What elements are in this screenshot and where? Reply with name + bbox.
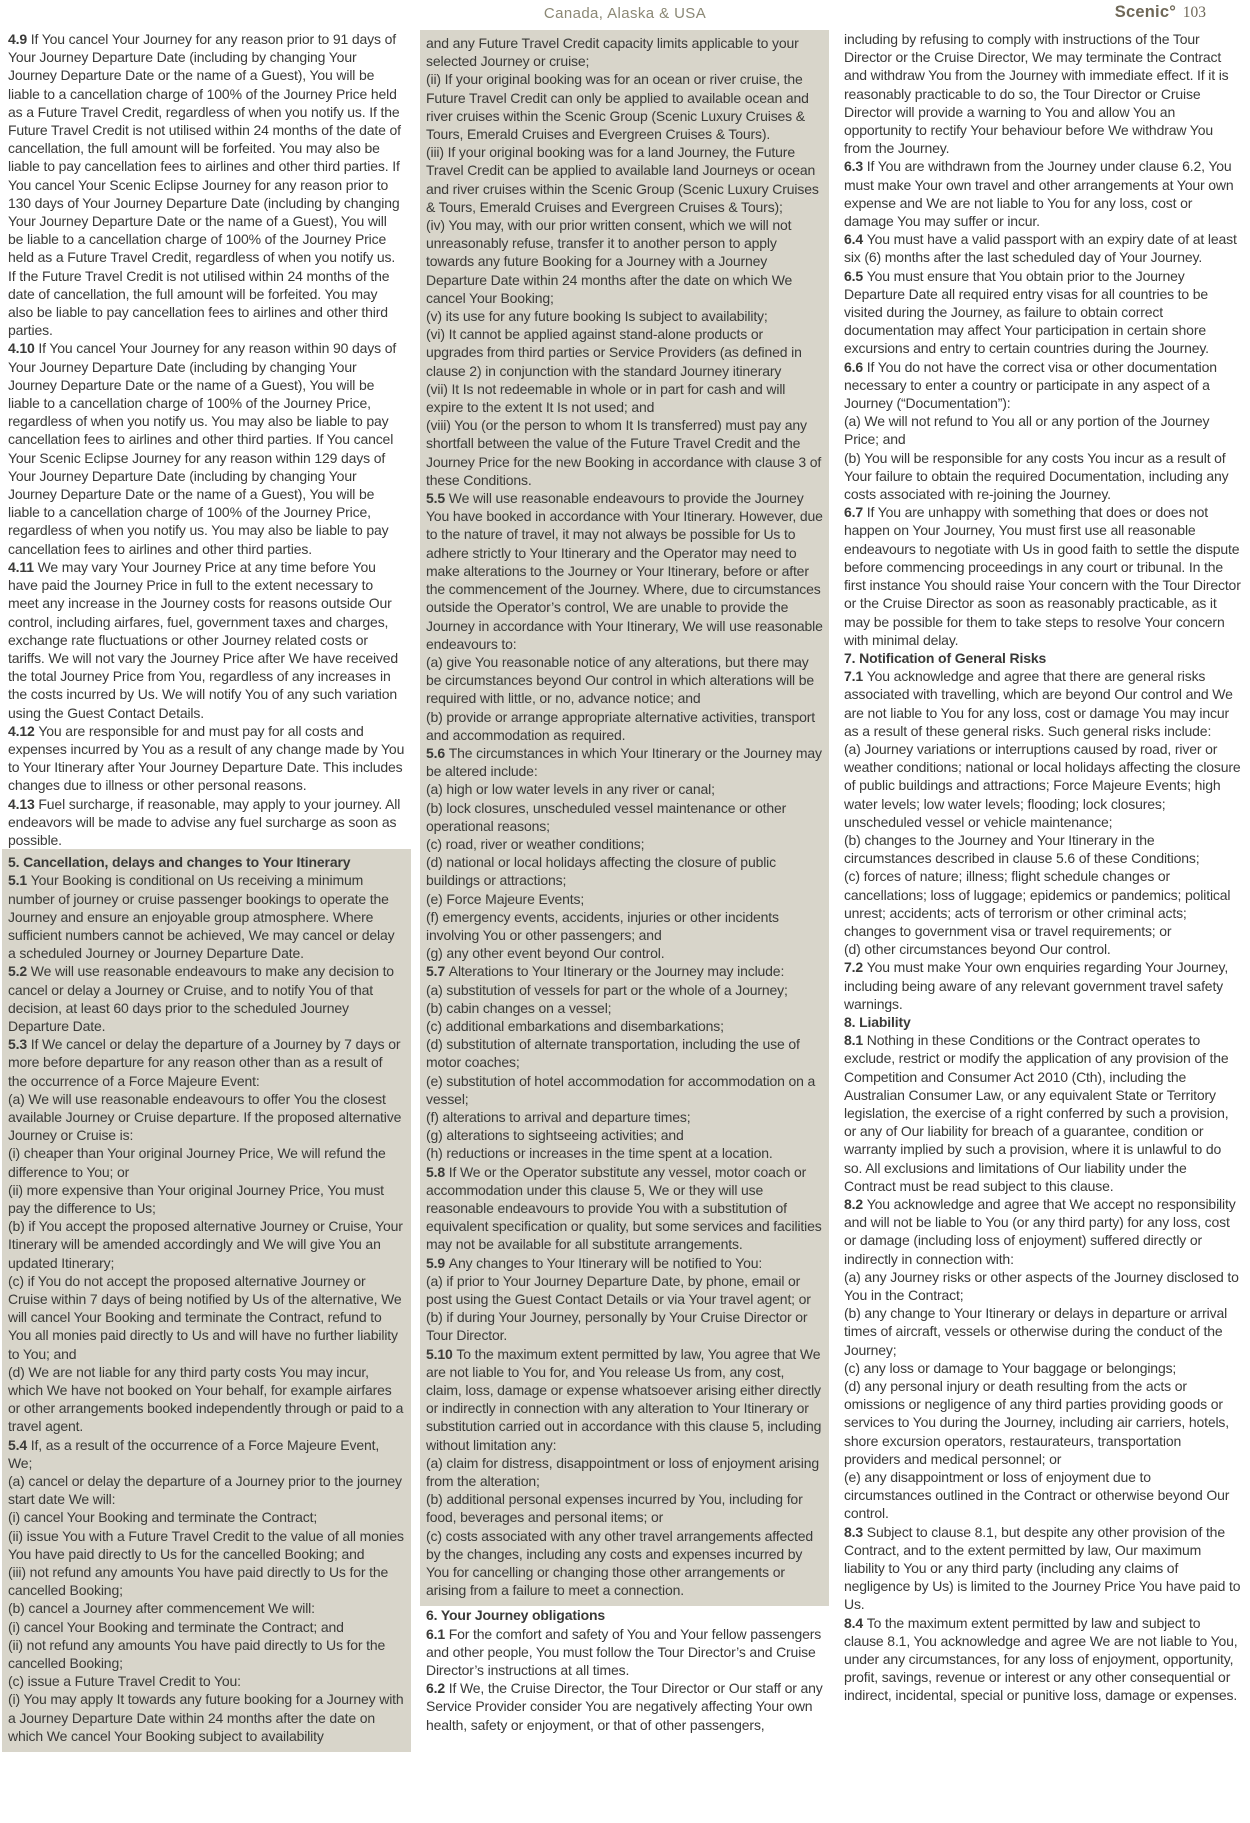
clause-paragraph: 8.3 Subject to clause 8.1, but despite a… [844,1523,1241,1614]
column-middle: and any Future Travel Credit capacity li… [426,30,823,1752]
section-heading: 6. Your Journey obligations [426,1606,823,1624]
clause-paragraph: 5.1 Your Booking is conditional on Us re… [8,871,405,962]
clause-paragraph: 6.7 If You are unhappy with something th… [844,503,1241,649]
clause-paragraph: (vi) It cannot be applied against stand-… [426,325,823,380]
clause-paragraph: 6.2 If We, the Cruise Director, the Tour… [426,1679,823,1734]
clause-paragraph: (vii) It Is not redeemable in whole or i… [426,380,823,416]
clause-number: 6.3 [844,158,867,174]
clause-paragraph: (a) We will use reasonable endeavours to… [8,1090,405,1145]
text-section: including by refusing to comply with ins… [844,30,1241,1705]
clause-number: 5.9 [426,1255,449,1271]
clause-paragraph: (a) substitution of vessels for part or … [426,981,823,999]
clause-number: 6.5 [844,268,867,284]
clause-paragraph: (a) claim for distress, disappointment o… [426,1454,823,1490]
clause-paragraph: (e) substitution of hotel accommodation … [426,1072,823,1108]
highlighted-section: 5. Cancellation, delays and changes to Y… [2,849,411,1752]
clause-paragraph: 5.7 Alterations to Your Itinerary or the… [426,962,823,980]
clause-paragraph: (c) additional embarkations and disembar… [426,1017,823,1035]
clause-number: 5.6 [426,745,449,761]
column-right: including by refusing to comply with ins… [844,30,1241,1752]
clause-number: 8.2 [844,1196,867,1212]
clause-paragraph: (i) You may apply It towards any future … [8,1690,405,1745]
clause-paragraph: 7.1 You acknowledge and agree that there… [844,667,1241,740]
clause-number: 4.11 [8,559,38,575]
clause-paragraph: (a) We will not refund to You all or any… [844,412,1241,448]
page-number: 103 [1183,4,1206,22]
clause-number: 5.5 [426,490,449,506]
clause-paragraph: (a) any Journey risks or other aspects o… [844,1268,1241,1304]
clause-number: 5.2 [8,963,31,979]
clause-paragraph: 6.1 For the comfort and safety of You an… [426,1625,823,1680]
clause-paragraph: 7.2 You must make Your own enquiries reg… [844,958,1241,1013]
clause-number: 5.7 [426,963,449,979]
clause-number: 4.9 [8,31,31,47]
clause-number: 8.1 [844,1032,867,1048]
text-section: 4.9 If You cancel Your Journey for any r… [8,30,405,849]
clause-paragraph: (g) alterations to sightseeing activitie… [426,1126,823,1144]
clause-paragraph: (d) any personal injury or death resulti… [844,1377,1241,1468]
clause-paragraph: 5.5 We will use reasonable endeavours to… [426,489,823,653]
clause-paragraph: (c) road, river or weather conditions; [426,835,823,853]
clause-paragraph: (ii) more expensive than Your original J… [8,1181,405,1217]
clause-paragraph: (a) cancel or delay the departure of a J… [8,1472,405,1508]
clause-number: 5.4 [8,1437,31,1453]
clause-paragraph: (ii) If your original booking was for an… [426,70,823,143]
clause-paragraph: 8.2 You acknowledge and agree that We ac… [844,1195,1241,1268]
clause-paragraph: (e) any disappointment or loss of enjoym… [844,1468,1241,1523]
clause-paragraph: (d) We are not liable for any third part… [8,1363,405,1436]
clause-paragraph: (d) national or local holidays affecting… [426,853,823,889]
column-left: 4.9 If You cancel Your Journey for any r… [8,30,405,1752]
clause-number: 7.2 [844,959,867,975]
clause-paragraph: (iv) You may, with our prior written con… [426,216,823,307]
clause-number: 6.7 [844,504,867,520]
clause-paragraph: 4.10 If You cancel Your Journey for any … [8,339,405,557]
section-heading: 8. Liability [844,1013,1241,1031]
clause-paragraph: 5.4 If, as a result of the occurrence of… [8,1436,405,1472]
clause-paragraph: (g) any other event beyond Our control. [426,944,823,962]
clause-paragraph: (b) changes to the Journey and Your Itin… [844,831,1241,867]
clause-paragraph: 5.6 The circumstances in which Your Itin… [426,744,823,780]
clause-number: 7.1 [844,668,867,684]
section-heading: 7. Notification of General Risks [844,649,1241,667]
clause-paragraph: (b) provide or arrange appropriate alter… [426,708,823,744]
highlighted-section: and any Future Travel Credit capacity li… [420,30,829,1606]
section-heading: 5. Cancellation, delays and changes to Y… [8,853,405,871]
page-header-title: Canada, Alaska & USA [0,5,1250,22]
clause-paragraph: 6.6 If You do not have the correct visa … [844,358,1241,413]
clause-paragraph: (c) costs associated with any other trav… [426,1527,823,1600]
clause-paragraph: (e) Force Majeure Events; [426,890,823,908]
clause-paragraph: (c) forces of nature; illness; flight sc… [844,867,1241,940]
clause-paragraph: (d) other circumstances beyond Our contr… [844,940,1241,958]
clause-paragraph: (c) issue a Future Travel Credit to You: [8,1672,405,1690]
clause-number: 8.4 [844,1615,867,1631]
clause-paragraph: (b) cancel a Journey after commencement … [8,1599,405,1617]
page: Canada, Alaska & USA Scenic° 103 4.9 If … [0,0,1250,1823]
clause-paragraph: 8.4 To the maximum extent permitted by l… [844,1614,1241,1705]
clause-paragraph: (b) if You accept the proposed alternati… [8,1217,405,1272]
clause-paragraph: (b) You will be responsible for any cost… [844,449,1241,504]
clause-number: 6.6 [844,359,867,375]
clause-paragraph: 5.9 Any changes to Your Itinerary will b… [426,1254,823,1272]
terms-columns: 4.9 If You cancel Your Journey for any r… [8,30,1241,1752]
clause-paragraph: 5.3 If We cancel or delay the departure … [8,1035,405,1090]
clause-paragraph: (i) cancel Your Booking and terminate th… [8,1618,405,1636]
clause-paragraph: (viii) You (or the person to whom It Is … [426,416,823,489]
clause-number: 6.4 [844,231,867,247]
clause-paragraph: (v) its use for any future booking Is su… [426,307,823,325]
clause-paragraph: (d) substitution of alternate transporta… [426,1035,823,1071]
scenic-logo: Scenic° [1115,3,1176,22]
clause-paragraph: (a) Journey variations or interruptions … [844,740,1241,831]
clause-paragraph: (i) cancel Your Booking and terminate th… [8,1508,405,1526]
clause-paragraph: 5.2 We will use reasonable endeavours to… [8,962,405,1035]
clause-paragraph: (iii) not refund any amounts You have pa… [8,1563,405,1599]
clause-paragraph: (f) alterations to arrival and departure… [426,1108,823,1126]
clause-paragraph: (h) reductions or increases in the time … [426,1144,823,1162]
clause-paragraph: (iii) If your original booking was for a… [426,143,823,216]
text-section: 6. Your Journey obligations6.1 For the c… [426,1606,823,1733]
clause-number: 8.3 [844,1524,867,1540]
clause-paragraph: 4.11 We may vary Your Journey Price at a… [8,558,405,722]
clause-paragraph: 5.10 To the maximum extent permitted by … [426,1345,823,1454]
clause-paragraph: (a) give You reasonable notice of any al… [426,653,823,708]
clause-number: 5.10 [426,1346,456,1362]
clause-paragraph: 4.13 Fuel surcharge, if reasonable, may … [8,795,405,850]
clause-paragraph: (ii) not refund any amounts You have pai… [8,1636,405,1672]
clause-paragraph: including by refusing to comply with ins… [844,30,1241,157]
clause-paragraph: (b) if during Your Journey, personally b… [426,1308,823,1344]
clause-paragraph: (i) cheaper than Your original Journey P… [8,1144,405,1180]
clause-paragraph: (b) additional personal expenses incurre… [426,1490,823,1526]
clause-paragraph: (ii) issue You with a Future Travel Cred… [8,1527,405,1563]
clause-paragraph: 6.3 If You are withdrawn from the Journe… [844,157,1241,230]
clause-number: 4.12 [8,723,38,739]
clause-paragraph: (c) if You do not accept the proposed al… [8,1272,405,1363]
clause-paragraph: 8.1 Nothing in these Conditions or the C… [844,1031,1241,1195]
clause-paragraph: (a) if prior to Your Journey Departure D… [426,1272,823,1308]
clause-number: 5.8 [426,1164,449,1180]
clause-paragraph: (b) lock closures, unscheduled vessel ma… [426,799,823,835]
clause-paragraph: (f) emergency events, accidents, injurie… [426,908,823,944]
clause-number: 5.3 [8,1036,31,1052]
clause-paragraph: 4.12 You are responsible for and must pa… [8,722,405,795]
clause-paragraph: (a) high or low water levels in any rive… [426,780,823,798]
clause-paragraph: 5.8 If We or the Operator substitute any… [426,1163,823,1254]
clause-paragraph: and any Future Travel Credit capacity li… [426,34,823,70]
clause-paragraph: (b) cabin changes on a vessel; [426,999,823,1017]
clause-number: 4.10 [8,340,38,356]
clause-number: 6.2 [426,1680,449,1696]
clause-paragraph: 6.5 You must ensure that You obtain prio… [844,267,1241,358]
clause-number: 5.1 [8,872,31,888]
clause-paragraph: (c) any loss or damage to Your baggage o… [844,1359,1241,1377]
clause-paragraph: 6.4 You must have a valid passport with … [844,230,1241,266]
clause-paragraph: 4.9 If You cancel Your Journey for any r… [8,30,405,339]
clause-number: 4.13 [8,796,38,812]
clause-number: 6.1 [426,1626,449,1642]
clause-paragraph: (b) any change to Your Itinerary or dela… [844,1304,1241,1359]
